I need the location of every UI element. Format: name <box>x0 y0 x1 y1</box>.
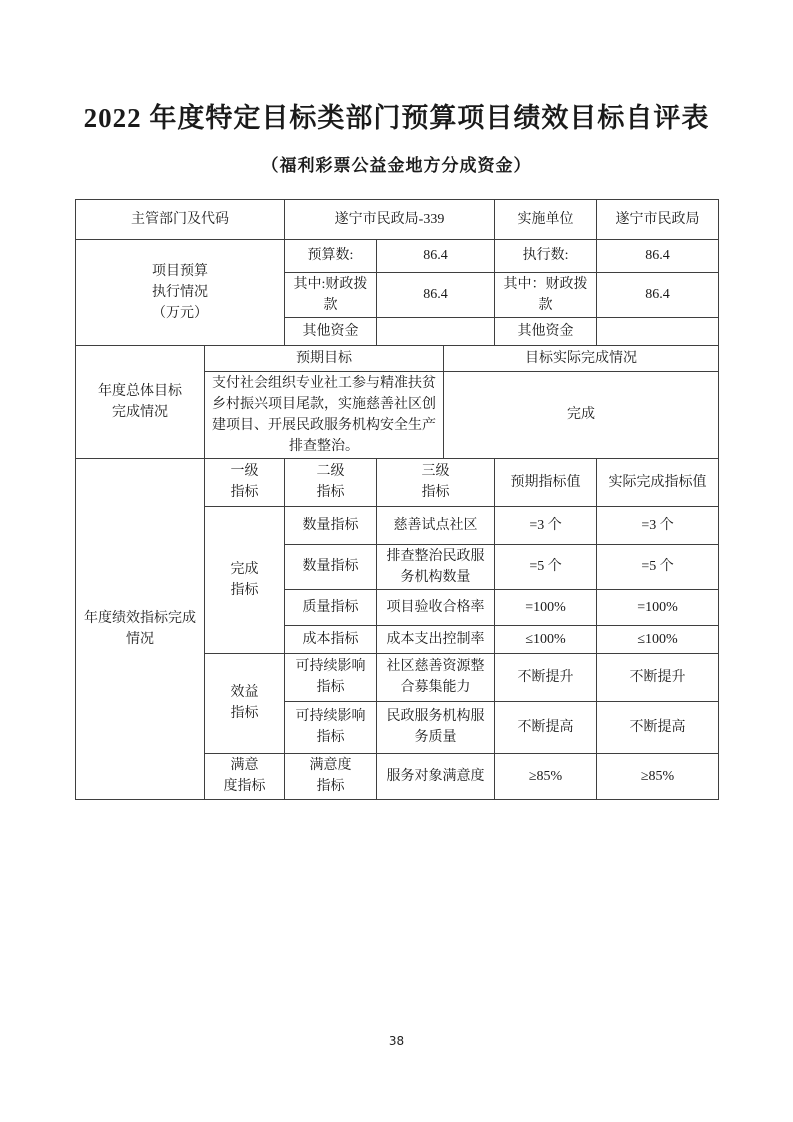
indicator-expected-cell: 不断提升 <box>495 653 597 701</box>
indicator-expected-cell: =100% <box>495 589 597 625</box>
expected-value-header: 预期指标值 <box>495 458 597 506</box>
impl-unit-value: 遂宁市民政局 <box>597 199 719 239</box>
indicator-l3-cell: 成本支出控制率 <box>377 625 495 653</box>
actual-goal-text: 完成 <box>444 371 719 458</box>
indicator-l2-cell: 可持续影响 指标 <box>285 701 377 753</box>
document-page: 2022 年度特定目标类部门预算项目绩效目标自评表 （福利彩票公益金地方分成资金… <box>0 102 793 800</box>
fiscal-alloc-value-left: 86.4 <box>377 272 495 317</box>
indicator-expected-cell: =5 个 <box>495 544 597 589</box>
actual-goal-header: 目标实际完成情况 <box>444 345 719 371</box>
impl-unit-label: 实施单位 <box>495 199 597 239</box>
execution-amount-label: 执行数: <box>495 239 597 272</box>
indicator-actual-cell: =3 个 <box>597 506 719 544</box>
fiscal-alloc-value-right: 86.4 <box>597 272 719 317</box>
self-evaluation-table: 主管部门及代码 遂宁市民政局-339 实施单位 遂宁市民政局 项目预算 执行情况… <box>75 199 719 800</box>
budget-amount-label: 预算数: <box>285 239 377 272</box>
other-funds-value-right <box>597 317 719 345</box>
indicator-l2-cell: 质量指标 <box>285 589 377 625</box>
indicator-l2-cell: 可持续影响 指标 <box>285 653 377 701</box>
indicator-l2-cell: 数量指标 <box>285 544 377 589</box>
indicator-expected-cell: ≥85% <box>495 753 597 799</box>
page-title: 2022 年度特定目标类部门预算项目绩效目标自评表 <box>0 102 793 136</box>
benefit-group-label: 效益 指标 <box>205 653 285 753</box>
budget-amount-value: 86.4 <box>377 239 495 272</box>
table-row-goal-header: 年度总体目标 完成情况 预期目标 目标实际完成情况 <box>76 345 719 371</box>
level2-header: 二级 指标 <box>285 458 377 506</box>
indicator-actual-cell: 不断提升 <box>597 653 719 701</box>
indicator-l3-cell: 服务对象满意度 <box>377 753 495 799</box>
indicator-l3-cell: 排查整治民政服务机构数量 <box>377 544 495 589</box>
satisfaction-group-label: 满意 度指标 <box>205 753 285 799</box>
indicator-actual-cell: =100% <box>597 589 719 625</box>
indicator-l2-cell: 满意度 指标 <box>285 753 377 799</box>
indicator-actual-cell: =5 个 <box>597 544 719 589</box>
actual-value-header: 实际完成指标值 <box>597 458 719 506</box>
table-row-budget-1: 项目预算 执行情况 （万元） 预算数: 86.4 执行数: 86.4 <box>76 239 719 272</box>
indicator-expected-cell: =3 个 <box>495 506 597 544</box>
table-row-dept: 主管部门及代码 遂宁市民政局-339 实施单位 遂宁市民政局 <box>76 199 719 239</box>
indicator-actual-cell: ≥85% <box>597 753 719 799</box>
other-funds-label-right: 其他资金 <box>495 317 597 345</box>
indicator-l2-cell: 成本指标 <box>285 625 377 653</box>
indicator-expected-cell: ≤100% <box>495 625 597 653</box>
indicator-actual-cell: ≤100% <box>597 625 719 653</box>
indicator-l3-cell: 民政服务机构服务质量 <box>377 701 495 753</box>
fiscal-alloc-label-left: 其中:财政拨款 <box>285 272 377 317</box>
indicator-expected-cell: 不断提高 <box>495 701 597 753</box>
dept-code-label: 主管部门及代码 <box>76 199 285 239</box>
page-number: 38 <box>0 1034 793 1048</box>
execution-amount-value: 86.4 <box>597 239 719 272</box>
fiscal-alloc-label-right: 其中：财政拨款 <box>495 272 597 317</box>
other-funds-label-left: 其他资金 <box>285 317 377 345</box>
perf-section-label: 年度绩效指标完成 情况 <box>76 458 205 799</box>
other-funds-value-left <box>377 317 495 345</box>
page-subtitle: （福利彩票公益金地方分成资金） <box>0 151 793 176</box>
level3-header: 三级 指标 <box>377 458 495 506</box>
annual-goal-section-label: 年度总体目标 完成情况 <box>76 345 205 458</box>
budget-section-label: 项目预算 执行情况 （万元） <box>76 239 285 345</box>
level1-header: 一级 指标 <box>205 458 285 506</box>
indicator-l3-cell: 项目验收合格率 <box>377 589 495 625</box>
expected-goal-text: 支付社会组织专业社工参与精准扶贫乡村振兴项目尾款，实施慈善社区创建项目、开展民政… <box>205 371 444 458</box>
indicator-l2-cell: 数量指标 <box>285 506 377 544</box>
indicator-l3-cell: 社区慈善资源整合募集能力 <box>377 653 495 701</box>
table-row-indicator-header: 年度绩效指标完成 情况 一级 指标 二级 指标 三级 指标 预期指标值 实际完成… <box>76 458 719 506</box>
indicator-actual-cell: 不断提高 <box>597 701 719 753</box>
expected-goal-header: 预期目标 <box>205 345 444 371</box>
indicator-l3-cell: 慈善试点社区 <box>377 506 495 544</box>
completion-group-label: 完成 指标 <box>205 506 285 653</box>
dept-code-value: 遂宁市民政局-339 <box>285 199 495 239</box>
